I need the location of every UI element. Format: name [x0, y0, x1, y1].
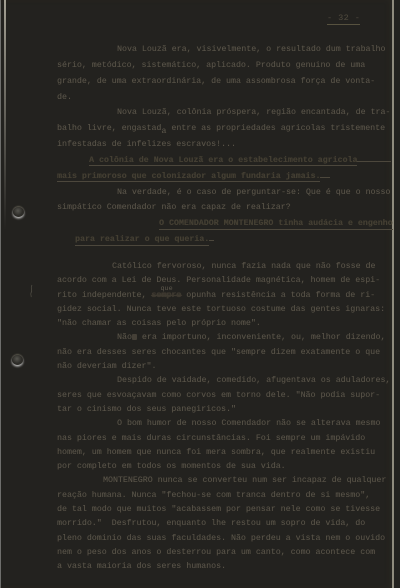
typescript-line: balho livre, engastada entre as propried… — [57, 117, 391, 133]
typescript-line: tar o cinismo dos seus panegiricos." — [57, 398, 391, 412]
page-number-label: - 32 - — [327, 13, 360, 25]
underline-tail — [320, 170, 330, 178]
typescript-line: nas piores e mais duras circunstâncias. … — [57, 427, 391, 441]
typescript-section-2: Católico fervoroso, nunca fazia nada que… — [57, 255, 391, 570]
typescript-line: sério, metódico, sistemático, aplicado. … — [57, 54, 391, 70]
scanned-typescript-screenshot: { "page": { "number_label": "- 32 -", "l… — [0, 0, 400, 588]
paper-crease — [4, 0, 6, 230]
typescript-line-text: para realizar o que queria. — [75, 235, 209, 246]
typescript-line: mais primoroso que colonizador algum fun… — [57, 165, 391, 181]
typescript-line: não deveriam dizer". — [57, 355, 391, 369]
typescript-line: Não era importuno, inconveniente, ou, me… — [57, 326, 391, 340]
typescript-line-text: de. — [57, 93, 72, 102]
typescript-line: morrido." Desfrutou, enquanto lhe restou… — [57, 512, 391, 526]
typescript-line-text: sério, metódico, sistemático, aplicado. … — [57, 61, 365, 70]
typescript-line: A colônia de Nova Louzã era o estabeleci… — [57, 149, 391, 165]
interlinear-insertion: que — [160, 285, 172, 293]
typescript-line: para realizar o que queria. — [57, 228, 391, 244]
typescript-line: O bom humor de nosso Comendador não se a… — [57, 412, 391, 426]
typescript-line: a vasta maioria dos seres humanos. — [57, 555, 391, 569]
typescript-line: acordo com a Lei de Deus. Personalidade … — [57, 269, 391, 283]
typescript-line: pleno dominio das suas faculdades. Não p… — [57, 527, 391, 541]
typescript-line-text: grande, de uma extraordinária, de uma as… — [57, 77, 375, 86]
typescript-section-1: Nova Louzã era, visivelmente, o resultad… — [57, 38, 391, 244]
typescript-line: de tal modo que muitos "acabassem por pe… — [57, 498, 391, 512]
typescript-line-text: infestadas de infelizes escravos!... — [57, 140, 236, 149]
hole-punch-bottom — [12, 355, 23, 365]
crease-mark — [27, 284, 37, 298]
document-page: - 32 - Nova Louzã era, visivelmente, o r… — [0, 0, 394, 588]
typescript-line: simpático Comendador não era capaz de re… — [57, 196, 391, 212]
typescript-line-text: a vasta maioria dos seres humanos. — [57, 562, 226, 571]
typescript-line: O COMENDADOR MONTENEGRO tinha audácia e … — [57, 212, 391, 228]
typescript-line-text: simpático Comendador não era capaz de re… — [57, 203, 291, 212]
typescript-line: nem o peso dos anos o desterrou para um … — [57, 541, 391, 555]
typescript-line: não era desses seres chocantes que "semp… — [57, 341, 391, 355]
typescript-line: Na verdade, é o caso de perguntar-se: Qu… — [57, 181, 391, 197]
typescript-line: Despido de vaidade, comedido, afugentava… — [57, 369, 391, 383]
typescript-line-text: Nova Louzã era, visivelmente, o resultad… — [117, 45, 385, 54]
typescript-line: "não chamar as coisas pelo próprio nome"… — [57, 312, 391, 326]
typescript-line: Nova Louzã era, visivelmente, o resultad… — [57, 38, 391, 54]
typescript-line: MONTENEGRO nunca se converteu num ser in… — [57, 469, 391, 483]
typescript-line: homem, um homem que nunca foi mera sombr… — [57, 441, 391, 455]
typescript-line: infestadas de infelizes escravos!... — [57, 133, 391, 149]
typescript-line: Católico fervoroso, nunca fazia nada que… — [57, 255, 391, 269]
typescript-line: Nova Louzã, colônia próspera, região enc… — [57, 101, 391, 117]
underline-tail — [209, 233, 214, 241]
typescript-line: reação humana. Nunca "fechou-se com tran… — [57, 484, 391, 498]
typescript-line: seres que esvoaçavam como corvos em torn… — [57, 384, 391, 398]
page-number: - 32 - — [327, 13, 360, 23]
typescript-line: por completo em todos os momentos de sua… — [57, 455, 391, 469]
ink-blot — [132, 334, 137, 341]
typescript-line: grande, de uma extraordinária, de uma as… — [57, 70, 391, 86]
typescript-line-text: balho livre, engastada entre as propried… — [57, 124, 385, 133]
underline-tail — [357, 154, 391, 162]
typescript-line: gidez social. Nunca teve este tortuoso c… — [57, 298, 391, 312]
typescript-line-text: Nova Louzã, colônia próspera, região enc… — [117, 108, 390, 117]
hole-punch-top — [13, 207, 24, 217]
typescript-line-text: Na verdade, é o caso de perguntar-se: Qu… — [117, 188, 390, 197]
typescript-line: rito independente, quesempre opunha resi… — [57, 284, 391, 298]
typescript-line: de. — [57, 86, 391, 102]
